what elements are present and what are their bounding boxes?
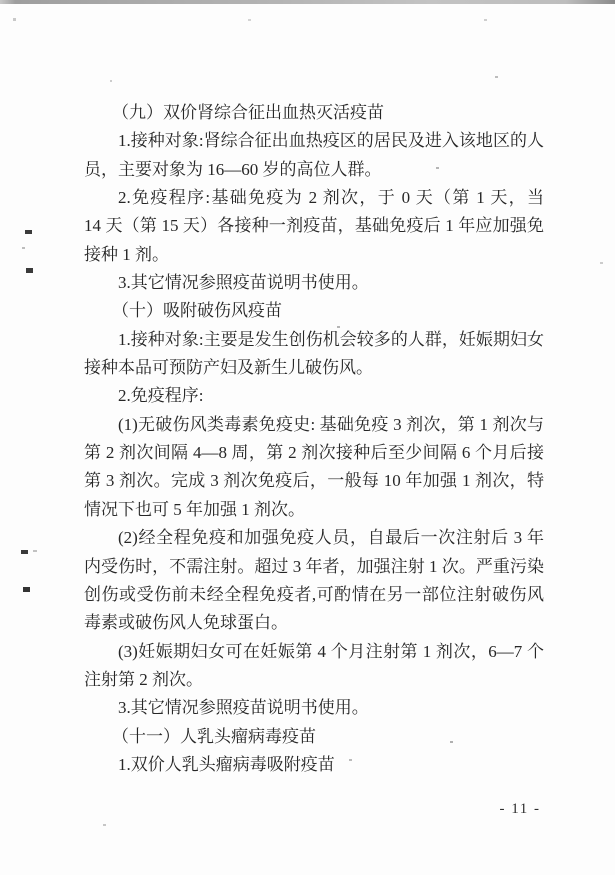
- page-number: - 11 -: [491, 801, 549, 818]
- text-line: 3.其它情况参照疫苗说明书使用。: [84, 694, 544, 722]
- scan-speck: [13, 18, 16, 21]
- text-line: 接种本品可预防产妇及新生儿破伤风。: [84, 354, 544, 382]
- scan-speck: [495, 76, 498, 78]
- text-line: 毒素或破伤风人免球蛋白。: [84, 609, 544, 637]
- text-line: 2.免疫程序:基础免疫为 2 剂次，于 0 天（第 1 天，当天），: [84, 184, 544, 212]
- scan-speck: [248, 19, 251, 21]
- text-line: 情况下也可 5 年加强 1 剂次。: [84, 496, 544, 524]
- scan-speck: [21, 550, 28, 554]
- text-line: 创伤或受伤前未经全程免疫者,可酌情在另一部位注射破伤风抗: [84, 581, 544, 609]
- text-line: 2.免疫程序:: [84, 382, 544, 410]
- scan-speck: [450, 741, 453, 743]
- text-line: 员，主要对象为 16—60 岁的高位人群。: [84, 156, 544, 184]
- scan-speck: [103, 824, 106, 826]
- text-line: (1)无破伤风类毒素免疫史: 基础免疫 3 剂次，第 1 剂次与: [84, 411, 544, 439]
- scan-speck: [22, 247, 25, 249]
- text-line: 1.双价人乳头瘤病毒吸附疫苗: [84, 751, 544, 779]
- scan-edge-band: [0, 0, 615, 4]
- text-line: 14 天（第 15 天）各接种一剂疫苗，基础免疫后 1 年应加强免疫: [84, 212, 544, 240]
- scan-speck: [600, 262, 603, 264]
- document-text-block: （九）双价肾综合征出血热灭活疫苗1.接种对象:肾综合征出血热疫区的居民及进入该地…: [84, 99, 544, 779]
- text-line: （十）吸附破伤风疫苗: [84, 297, 544, 325]
- text-line: (3)妊娠期妇女可在妊娠第 4 个月注射第 1 剂次，6—7 个月: [84, 638, 544, 666]
- text-line: （十一）人乳头瘤病毒疫苗: [84, 723, 544, 751]
- text-line: （九）双价肾综合征出血热灭活疫苗: [84, 99, 544, 127]
- text-line: 1.接种对象:主要是发生创伤机会较多的人群，妊娠期妇女: [84, 326, 544, 354]
- scan-speck: [484, 19, 487, 21]
- text-line: 内受伤时，不需注射。超过 3 年者，加强注射 1 次。严重污染的: [84, 553, 544, 581]
- scan-speck: [349, 759, 352, 761]
- scanned-document-page: { "theme": { "ink": "#262626", "paper": …: [0, 0, 615, 875]
- scan-speck: [23, 587, 30, 592]
- text-line: 1.接种对象:肾综合征出血热疫区的居民及进入该地区的人: [84, 127, 544, 155]
- text-line: 第 2 剂次间隔 4—8 周，第 2 剂次接种后至少间隔 6 个月后接种: [84, 439, 544, 467]
- scan-speck: [26, 268, 33, 273]
- text-line: 接种 1 剂。: [84, 241, 544, 269]
- text-line: 注射第 2 剂次。: [84, 666, 544, 694]
- text-line: 3.其它情况参照疫苗说明书使用。: [84, 269, 544, 297]
- scan-speck: [33, 550, 37, 552]
- scan-speck: [337, 326, 340, 328]
- scan-speck: [110, 80, 112, 82]
- scan-speck: [436, 167, 439, 169]
- text-line: 第 3 剂次。完成 3 剂次免疫后，一般每 10 年加强 1 剂次，特殊: [84, 467, 544, 495]
- text-line: (2)经全程免疫和加强免疫人员，自最后一次注射后 3 年以: [84, 524, 544, 552]
- scan-speck: [25, 230, 32, 234]
